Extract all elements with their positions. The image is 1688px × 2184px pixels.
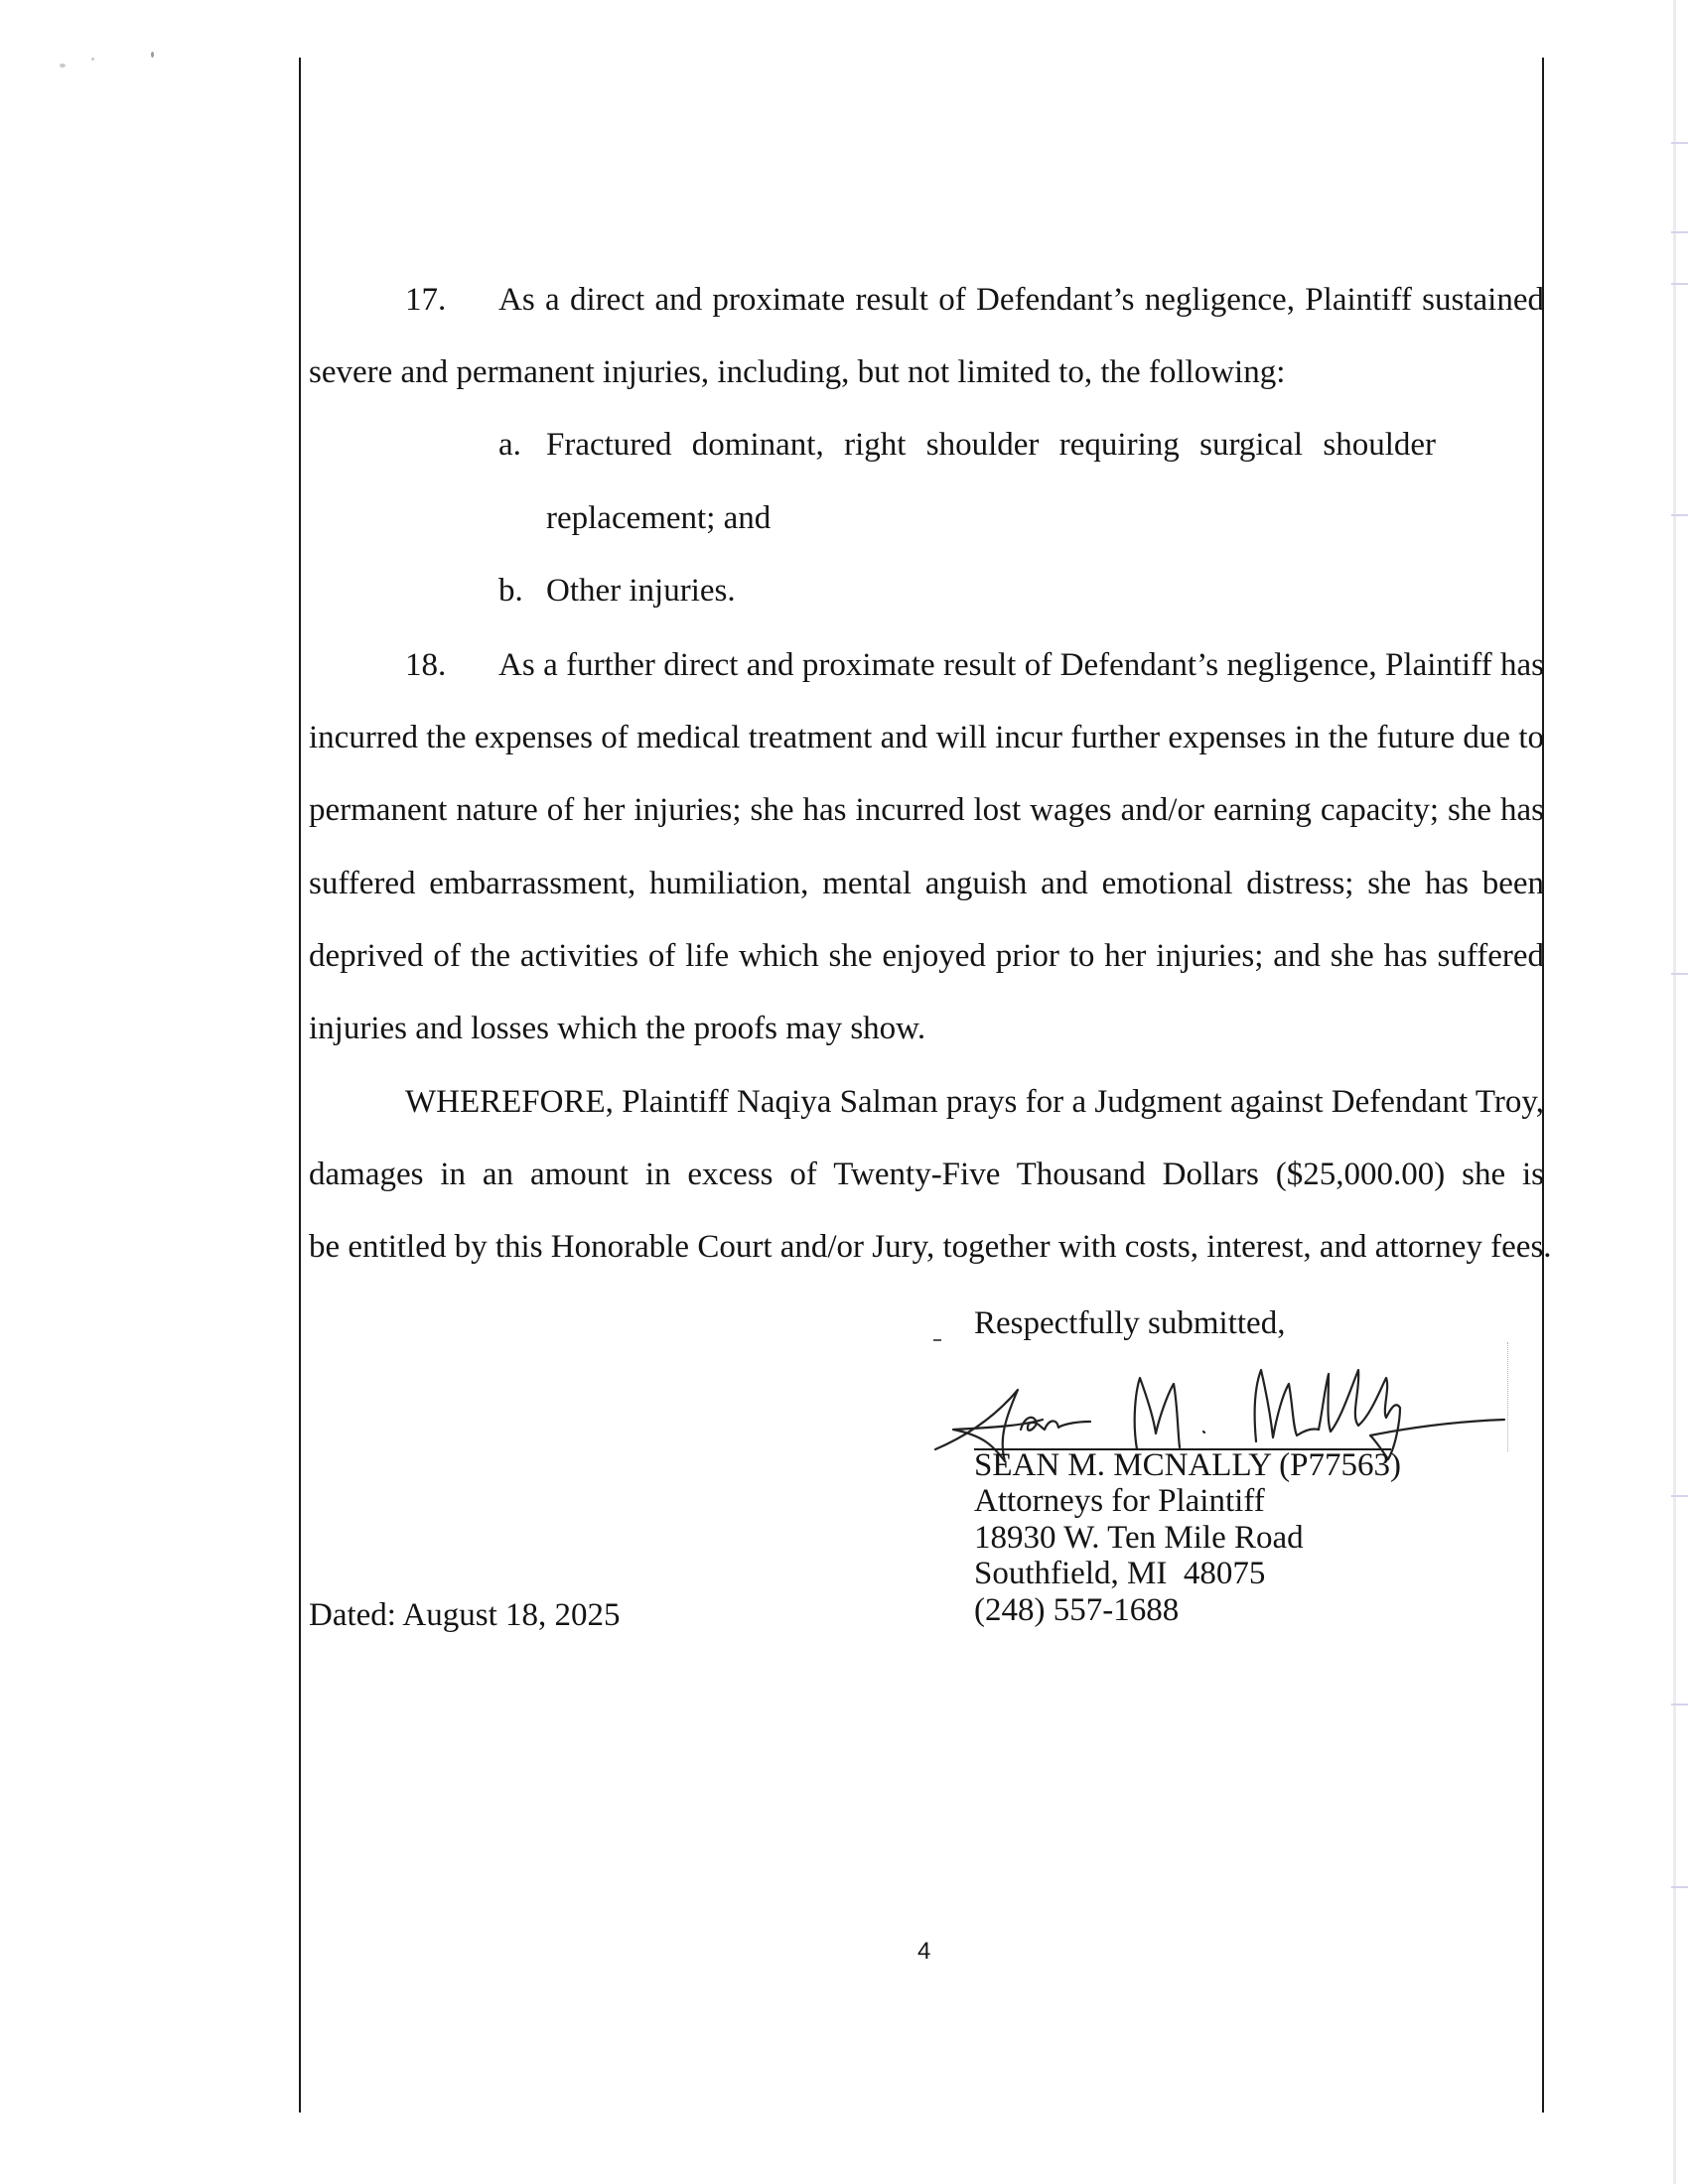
dated-line: Dated: August 18, 2025 <box>309 1597 620 1637</box>
scan-edge-tick <box>1671 1495 1688 1497</box>
paragraph-text-line: As a further direct and proximate result… <box>498 645 1544 685</box>
list-item-text: Other injuries. <box>546 571 736 611</box>
document-page: 17. As a direct and proximate result of … <box>0 0 1688 2184</box>
list-item-text: replacement; and <box>546 498 771 538</box>
wherefore-line: damages in an amount in excess of Twenty… <box>309 1155 1544 1194</box>
paragraph-number: 17. <box>405 280 446 320</box>
scan-edge-tick <box>1671 142 1688 144</box>
paragraph-text-line: As a direct and proximate result of Defe… <box>498 280 1544 320</box>
left-margin-rule <box>299 58 301 2113</box>
paragraph-text-line: incurred the expenses of medical treatme… <box>309 718 1544 757</box>
paragraph-number: 18. <box>405 645 446 685</box>
paragraph-text-line: permanent nature of her injuries; she ha… <box>309 790 1544 830</box>
address-line-1: 18930 W. Ten Mile Road <box>974 1520 1304 1560</box>
paragraph-text-line: severe and permanent injuries, including… <box>309 352 1285 392</box>
scan-edge-line <box>1673 0 1676 2184</box>
paragraph-text-line: deprived of the activities of life which… <box>309 936 1544 976</box>
scan-edge-tick <box>1671 283 1688 285</box>
scan-speck <box>151 52 154 58</box>
phone-number: (248) 557-1688 <box>974 1592 1179 1632</box>
list-marker: b. <box>498 571 523 611</box>
scan-edge-tick <box>1671 1704 1688 1706</box>
address-line-2: Southfield, MI 48075 <box>974 1556 1265 1595</box>
paragraph-text-line: injuries and losses which the proofs may… <box>309 1009 925 1048</box>
list-marker: a. <box>498 425 521 465</box>
scan-speck <box>91 58 94 61</box>
paragraph-text-line: suffered embarrassment, humiliation, men… <box>309 864 1544 903</box>
page-number: 4 <box>917 1938 930 1966</box>
list-item-text: Fractured dominant, right shoulder requi… <box>546 425 1436 465</box>
wherefore-line: WHEREFORE, Plaintiff Naqiya Salman prays… <box>405 1082 1544 1122</box>
scan-edge-tick <box>1671 1886 1688 1888</box>
attorney-role: Attorneys for Plaintiff <box>974 1483 1265 1523</box>
scan-speck <box>60 64 66 68</box>
attorney-name: SEAN M. MCNALLY (P77563) <box>974 1447 1401 1487</box>
scan-edge-tick <box>1671 231 1688 233</box>
scan-speck <box>933 1339 941 1341</box>
scan-edge-tick <box>1671 973 1688 975</box>
closing-text: Respectfully submitted, <box>974 1303 1285 1343</box>
scan-edge-tick <box>1671 514 1688 516</box>
wherefore-line: be entitled by this Honorable Court and/… <box>309 1227 1552 1267</box>
